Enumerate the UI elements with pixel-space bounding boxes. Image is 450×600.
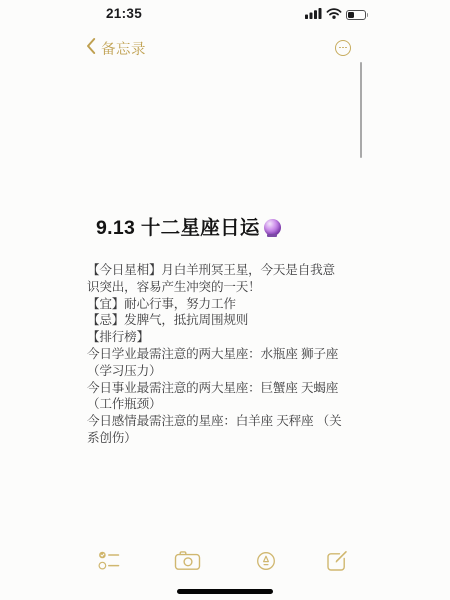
note-body-line: 【宜】耐心行事，努力工作 <box>87 296 341 313</box>
back-chevron-icon <box>86 37 96 60</box>
note-body-line: （工作瓶颈） <box>87 396 341 413</box>
camera-button[interactable] <box>172 548 202 578</box>
checklist-icon <box>98 550 123 576</box>
more-button[interactable] <box>335 40 351 56</box>
note-body-line: 今日学业最需注意的两大星座：水瓶座 狮子座 <box>87 346 341 363</box>
status-icons <box>305 9 367 21</box>
back-button[interactable]: 备忘录 <box>86 37 146 60</box>
status-time: 21:35 <box>106 6 142 21</box>
note-title-text: 9.13 十二星座日运 <box>96 212 260 240</box>
note-title: 9.13 十二星座日运 <box>96 212 281 240</box>
note-body-line: （学习压力） <box>87 363 341 380</box>
battery-fill <box>348 12 354 18</box>
checklist-button[interactable] <box>95 548 125 578</box>
note-body-line: 【今日星相】月白羊刑冥王星，今天是自我意 <box>87 262 341 279</box>
compose-button[interactable] <box>322 548 352 578</box>
markup-pen-icon <box>255 550 277 577</box>
bottom-toolbar <box>75 548 370 578</box>
scrollbar-thumb[interactable] <box>360 62 362 158</box>
crystal-ball-emoji <box>264 219 281 236</box>
note-body-line: 识突出，容易产生冲突的一天！ <box>87 279 341 296</box>
cellular-signal-icon <box>305 6 322 24</box>
home-indicator[interactable] <box>177 589 273 594</box>
note-body-line: 【忌】发脾气，抵抗周围规则 <box>87 312 341 329</box>
battery-icon <box>346 10 368 20</box>
markup-button[interactable] <box>251 548 281 578</box>
note-body[interactable]: 【今日星相】月白羊刑冥王星，今天是自我意 识突出，容易产生冲突的一天！ 【宜】耐… <box>87 262 341 447</box>
note-body-line: 今日感情最需注意的星座：白羊座 天秤座 （关 <box>87 413 341 430</box>
note-body-line: 【排行榜】 <box>87 329 341 346</box>
note-body-line: 系创伤） <box>87 430 341 447</box>
camera-icon <box>174 550 201 576</box>
ellipsis-icon <box>339 47 348 49</box>
compose-icon <box>325 549 349 578</box>
back-button-label: 备忘录 <box>101 38 146 59</box>
wifi-icon <box>326 6 342 24</box>
note-body-line: 今日事业最需注意的两大星座：巨蟹座 天蝎座 <box>87 380 341 397</box>
